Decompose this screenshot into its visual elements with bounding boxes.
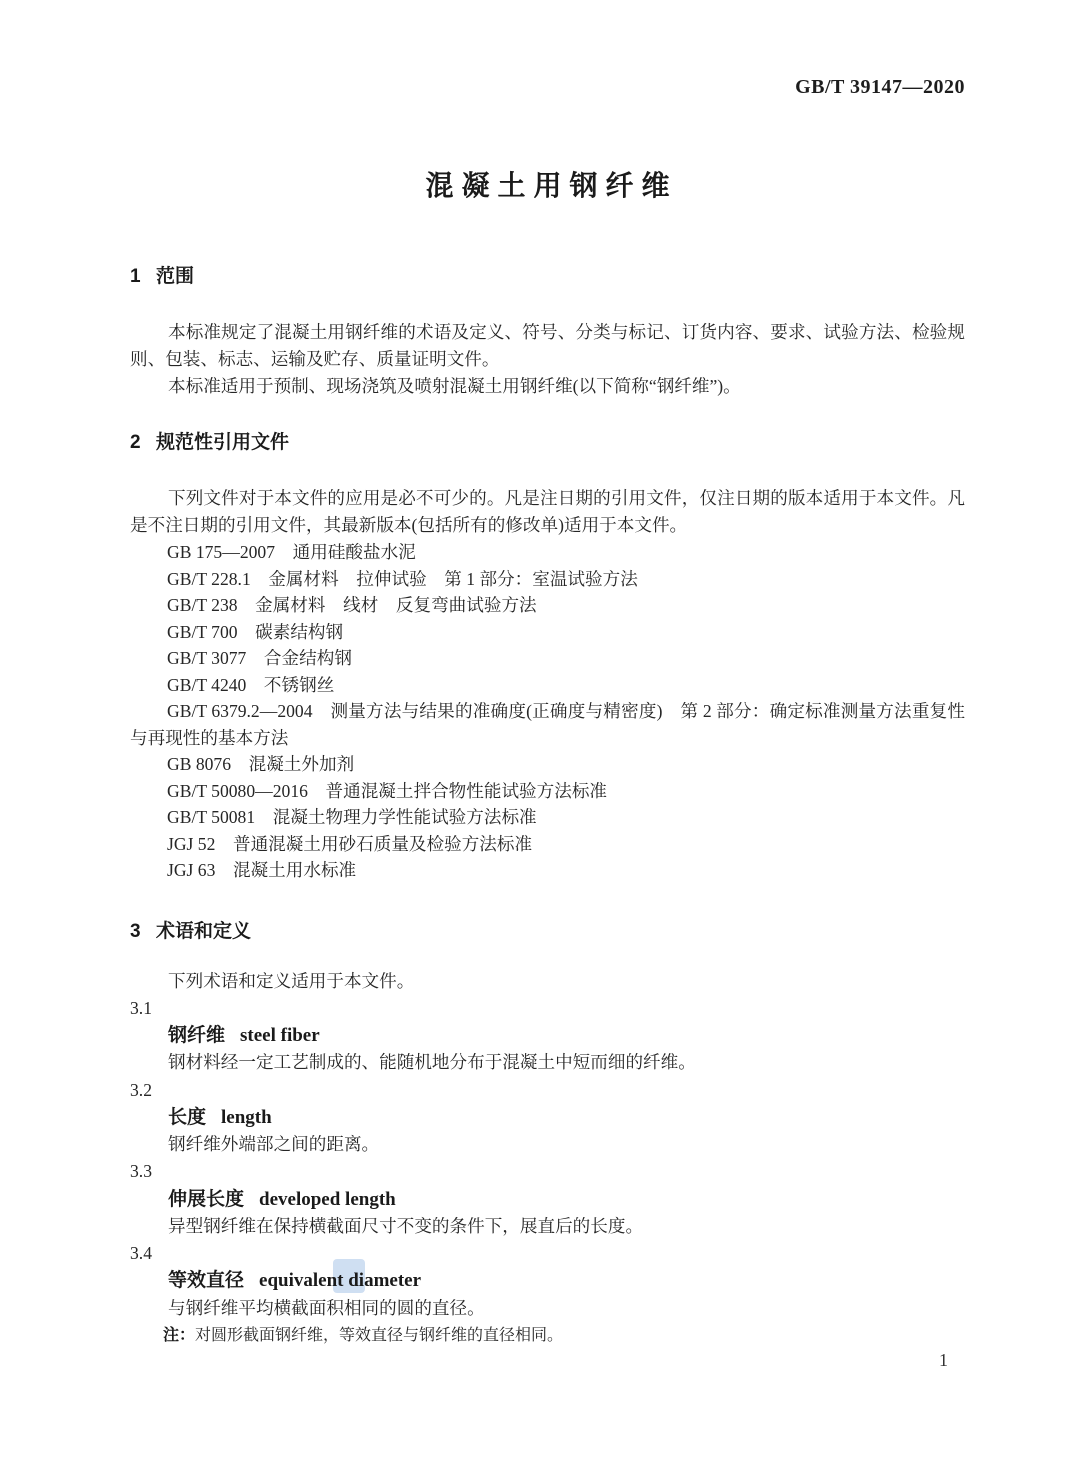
term-number: 3.3	[130, 1158, 965, 1185]
term-note-label: 注：	[163, 1327, 195, 1344]
reference-item: GB/T 3077 合金结构钢	[130, 645, 965, 672]
term-zh: 钢纤维	[168, 1025, 225, 1046]
term-heading: 钢纤维steel fiber	[130, 1022, 965, 1049]
term-3-2: 3.2 长度length 钢纤维外端部之间的距离。	[0, 1077, 1080, 1159]
term-heading: 伸展长度developed length	[130, 1186, 965, 1213]
term-3-3: 3.3 伸展长度developed length 异型钢纤维在保持横截面尺寸不变…	[0, 1158, 1080, 1240]
term-zh: 伸展长度	[168, 1189, 244, 1210]
section-1-title: 范围	[156, 266, 194, 287]
page-number: 1	[939, 1348, 948, 1372]
term-definition: 异型钢纤维在保持横截面尺寸不变的条件下，展直后的长度。	[130, 1213, 965, 1240]
section-2-heading: 2规范性引用文件	[130, 429, 965, 457]
term-3-4: 3.4 等效直径equivalent diameter 与钢纤维平均横截面积相同…	[0, 1240, 1080, 1349]
reference-list: GB 175—2007 通用硅酸盐水泥 GB/T 228.1 金属材料 拉伸试验…	[0, 539, 1080, 884]
section-3-number: 3	[130, 918, 156, 946]
term-definition: 与钢纤维平均横截面积相同的圆的直径。	[130, 1295, 965, 1322]
term-number: 3.2	[130, 1077, 965, 1104]
section-2-intro: 下列文件对于本文件的应用是必不可少的。凡是注日期的引用文件，仅注日期的版本适用于…	[130, 485, 965, 539]
section-3-intro: 下列术语和定义适用于本文件。	[130, 968, 965, 995]
term-definition: 钢材料经一定工艺制成的、能随机地分布于混凝土中短而细的纤维。	[130, 1049, 965, 1076]
section-1-paragraph-1: 本标准规定了混凝土用钢纤维的术语及定义、符号、分类与标记、订货内容、要求、试验方…	[130, 319, 965, 373]
document-title: 混凝土用钢纤维	[130, 166, 965, 206]
term-zh: 等效直径	[168, 1270, 244, 1291]
reference-item: GB/T 6379.2—2004 测量方法与结果的准确度(正确度与精密度) 第 …	[130, 698, 965, 751]
terms-list: 3.1 钢纤维steel fiber 钢材料经一定工艺制成的、能随机地分布于混凝…	[0, 995, 1080, 1349]
term-en: equivalent diameter	[259, 1270, 421, 1291]
term-zh: 长度	[168, 1107, 206, 1128]
term-number: 3.4	[130, 1240, 965, 1267]
section-1-number: 1	[130, 263, 156, 291]
term-en: steel fiber	[240, 1025, 320, 1046]
term-note-text: 对圆形截面钢纤维，等效直径与钢纤维的直径相同。	[195, 1327, 563, 1344]
reference-item: GB/T 50080—2016 普通混凝土拌合物性能试验方法标准	[130, 778, 965, 805]
section-2-title: 规范性引用文件	[156, 432, 289, 453]
reference-item: GB/T 700 碳素结构钢	[130, 619, 965, 646]
reference-item: GB/T 50081 混凝土物理力学性能试验方法标准	[130, 804, 965, 831]
reference-item: GB/T 238 金属材料 线材 反复弯曲试验方法	[130, 592, 965, 619]
section-2-number: 2	[130, 429, 156, 457]
reference-item: GB 175—2007 通用硅酸盐水泥	[130, 539, 965, 566]
term-en: developed length	[259, 1189, 396, 1210]
reference-item: GB/T 228.1 金属材料 拉伸试验 第 1 部分：室温试验方法	[130, 566, 965, 593]
section-1-heading: 1范围	[130, 263, 965, 291]
section-3-heading: 3术语和定义	[130, 918, 965, 946]
section-3-title: 术语和定义	[156, 921, 251, 942]
standard-code: GB/T 39147—2020	[0, 74, 965, 100]
term-en: length	[221, 1107, 272, 1128]
reference-item: GB 8076 混凝土外加剂	[130, 751, 965, 778]
section-1-paragraph-2: 本标准适用于预制、现场浇筑及喷射混凝土用钢纤维(以下简称“钢纤维”)。	[130, 373, 965, 400]
term-heading: 长度length	[130, 1104, 965, 1131]
term-heading: 等效直径equivalent diameter	[130, 1267, 965, 1294]
document-page: GB/T 39147—2020 混凝土用钢纤维 1范围 本标准规定了混凝土用钢纤…	[0, 0, 1080, 1475]
term-3-1: 3.1 钢纤维steel fiber 钢材料经一定工艺制成的、能随机地分布于混凝…	[0, 995, 1080, 1077]
term-definition: 钢纤维外端部之间的距离。	[130, 1131, 965, 1158]
reference-item: GB/T 4240 不锈钢丝	[130, 672, 965, 699]
term-note: 注：对圆形截面钢纤维，等效直径与钢纤维的直径相同。	[130, 1322, 965, 1349]
reference-item: JGJ 63 混凝土用水标准	[130, 857, 965, 884]
term-number: 3.1	[130, 995, 965, 1022]
reference-item: JGJ 52 普通混凝土用砂石质量及检验方法标准	[130, 831, 965, 858]
